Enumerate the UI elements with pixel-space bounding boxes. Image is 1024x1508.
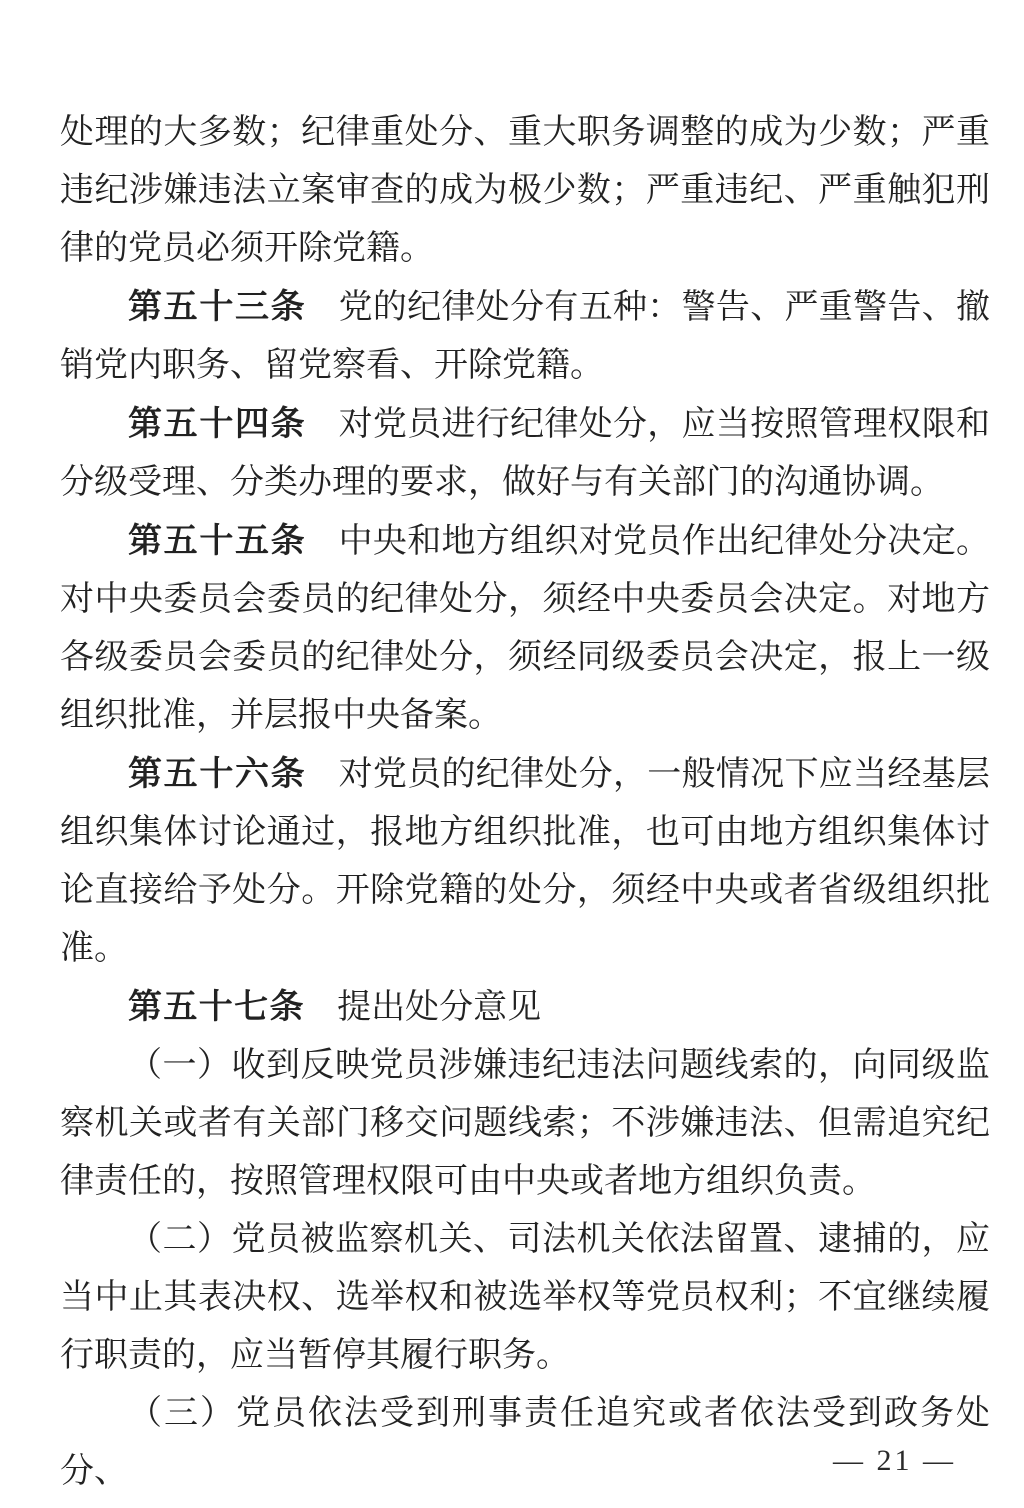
paragraph-item-2: （二）党员被监察机关、司法机关依法留置、逮捕的，应当中止其表决权、选举权和被选举… [60,1211,990,1385]
article-number: 第五十六条 [128,755,306,793]
article-number: 第五十四条 [128,405,306,443]
paragraph-text: 处理的大多数；纪律重处分、重大职务调整的成为少数；严重违纪涉嫌违法立案审查的成为… [60,114,990,267]
paragraph-text: 提出处分意见 [337,989,541,1026]
page-number: — 21 — [833,1444,956,1477]
paragraph-article-56: 第五十六条对党员的纪律处分，一般情况下应当经基层组织集体讨论通过，报地方组织批准… [60,745,990,978]
page-footer: — 21 — [833,1446,956,1476]
article-number: 第五十三条 [128,288,306,326]
paragraph-text: （二）党员被监察机关、司法机关依法留置、逮捕的，应当中止其表决权、选举权和被选举… [60,1221,990,1374]
document-body: 处理的大多数；纪律重处分、重大职务调整的成为少数；严重违纪涉嫌违法立案审查的成为… [60,0,990,1501]
paragraph-item-1: （一）收到反映党员涉嫌违纪违法问题线索的，向同级监察机关或者有关部门移交问题线索… [60,1037,990,1211]
document-page: 处理的大多数；纪律重处分、重大职务调整的成为少数；严重违纪涉嫌违法立案审查的成为… [0,0,1024,1508]
article-number: 第五十五条 [128,522,306,560]
article-number: 第五十七条 [128,988,305,1026]
paragraph-article-53: 第五十三条党的纪律处分有五种：警告、严重警告、撤销党内职务、留党察看、开除党籍。 [60,278,990,395]
paragraph-item-3: （三）党员依法受到刑事责任追究或者依法受到政务处分、 [60,1385,990,1501]
paragraph-article-55: 第五十五条中央和地方组织对党员作出纪律处分决定。对中央委员会委员的纪律处分，须经… [60,512,990,745]
paragraph-article-54: 第五十四条对党员进行纪律处分，应当按照管理权限和分级受理、分类办理的要求，做好与… [60,395,990,512]
paragraph-continuation: 处理的大多数；纪律重处分、重大职务调整的成为少数；严重违纪涉嫌违法立案审查的成为… [60,104,990,278]
paragraph-text: （一）收到反映党员涉嫌违纪违法问题线索的，向同级监察机关或者有关部门移交问题线索… [60,1047,990,1200]
paragraph-article-57: 第五十七条提出处分意见 [60,978,990,1037]
